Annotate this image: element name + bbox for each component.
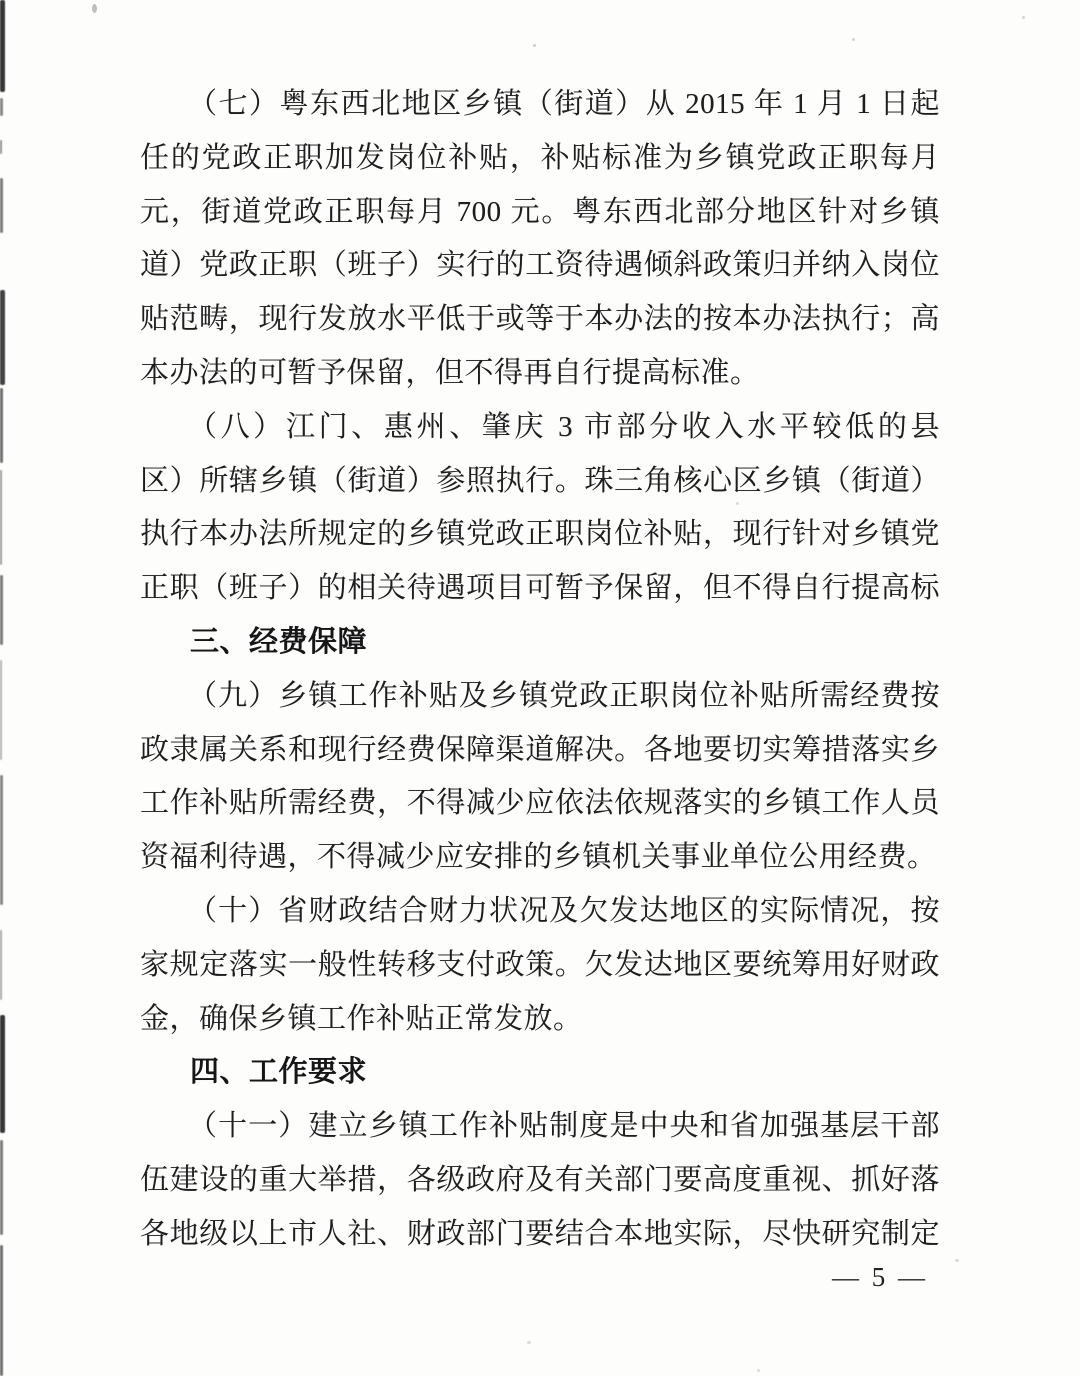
text-line: 本办法的可暂予保留，但不得再自行提高标准。 [140,347,940,401]
text-line: 区）所辖乡镇（街道）参照执行。珠三角核心区乡镇（街道）不 [140,455,940,509]
text-line: （七）粤东西北地区乡镇（街道）从 2015 年 1 月 1 日起对在 [140,78,940,132]
text-line: 资福利待遇，不得减少应安排的乡镇机关事业单位公用经费。 [140,831,940,885]
section-heading: 四、工作要求 [140,1046,940,1100]
section-heading: 三、经费保障 [140,616,940,670]
text-line: 元，街道党政正职每月 700 元。粤东西北部分地区针对乡镇（街 [140,186,940,240]
text-line: 贴范畴，现行发放水平低于或等于本办法的按本办法执行；高于 [140,293,940,347]
text-line: 正职（班子）的相关待遇项目可暂予保留，但不得自行提高标准。 [140,562,940,616]
scanned-document-page: （七）粤东西北地区乡镇（街道）从 2015 年 1 月 1 日起对在任的党政正职… [0,0,1080,1376]
text-line: 各地级以上市人社、财政部门要结合本地实际，尽快研究制定本 [140,1208,940,1262]
text-line: 家规定落实一般性转移支付政策。欠发达地区要统筹用好财政资 [140,939,940,993]
text-line: （十）省财政结合财力状况及欠发达地区的实际情况，按国 [140,885,940,939]
text-line: 工作补贴所需经费，不得减少应依法依规落实的乡镇工作人员工 [140,777,940,831]
text-line: （九）乡镇工作补贴及乡镇党政正职岗位补贴所需经费按行 [140,670,940,724]
text-line: （十一）建立乡镇工作补贴制度是中央和省加强基层干部队 [140,1100,940,1154]
text-line: 执行本办法所规定的乡镇党政正职岗位补贴，现行针对乡镇党政 [140,508,940,562]
text-line: 任的党政正职加发岗位补贴，补贴标准为乡镇党政正职每月 1000 [140,132,940,186]
document-body: （七）粤东西北地区乡镇（街道）从 2015 年 1 月 1 日起对在任的党政正职… [140,78,940,1262]
page-number: — 5 — [832,1262,928,1293]
text-line: 政隶属关系和现行经费保障渠道解决。各地要切实筹措落实乡镇 [140,724,940,778]
text-line: 伍建设的重大举措，各级政府及有关部门要高度重视、抓好落实。 [140,1154,940,1208]
text-line: 金，确保乡镇工作补贴正常发放。 [140,993,940,1047]
text-line: 道）党政正职（班子）实行的工资待遇倾斜政策归并纳入岗位补 [140,239,940,293]
text-line: （八）江门、惠州、肇庆 3 市部分收入水平较低的县（市、 [140,401,940,455]
scan-edge-artifact [0,0,8,1376]
